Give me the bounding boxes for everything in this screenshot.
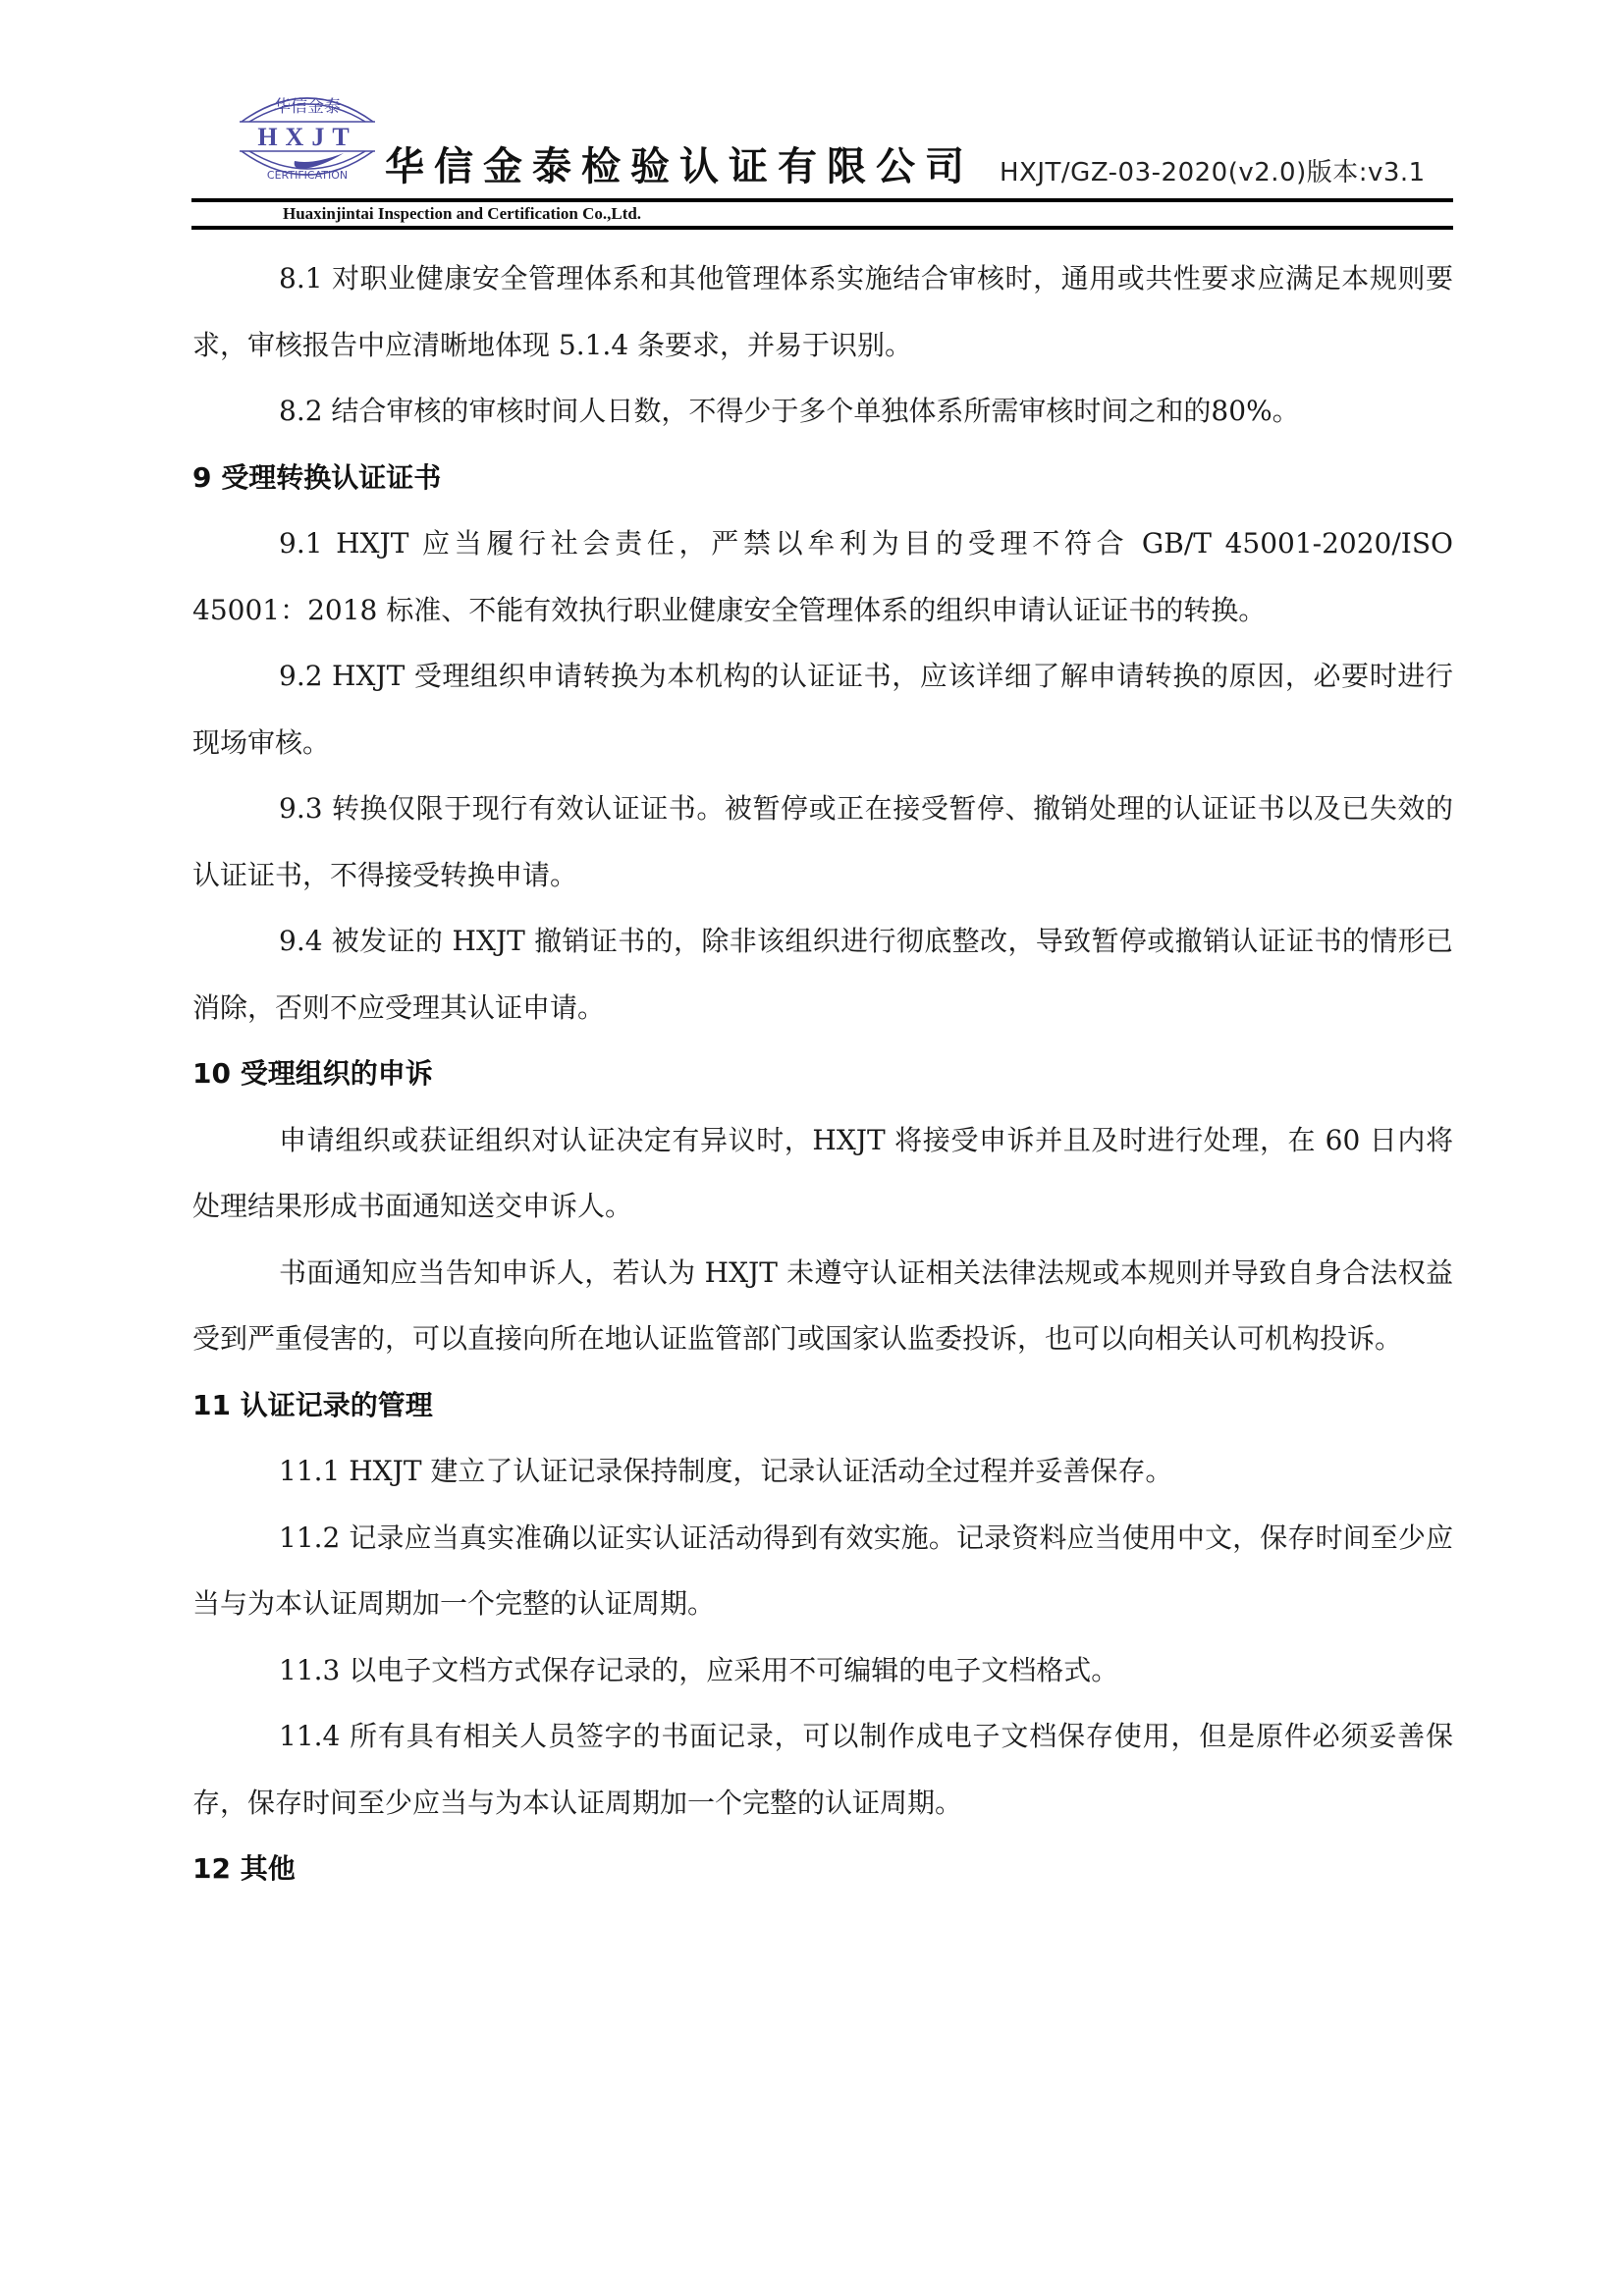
clause-9-2: 9.2 HXJT 受理组织申请转换为本机构的认证证书，应该详细了解申请转换的原因…: [192, 643, 1453, 775]
clause-9-3: 9.3 转换仅限于现行有效认证证书。被暂停或正在接受暂停、撤销处理的认证证书以及…: [192, 775, 1453, 908]
section-heading-11: 11 认证记录的管理: [192, 1372, 1453, 1439]
section-heading-10: 10 受理组织的申诉: [192, 1041, 1453, 1107]
svg-text:华信金泰: 华信金泰: [274, 97, 341, 117]
header-rule-bottom: [191, 226, 1453, 230]
clause-11-1: 11.1 HXJT 建立了认证记录保持制度，记录认证活动全过程并妥善保存。: [192, 1438, 1453, 1505]
clause-10-para-2: 书面通知应当告知申诉人，若认为 HXJT 未遵守认证相关法律法规或本规则并导致自…: [192, 1240, 1453, 1372]
document-body: 8.1 对职业健康安全管理体系和其他管理体系实施结合审核时，通用或共性要求应满足…: [192, 245, 1453, 1902]
section-heading-9: 9 受理转换认证证书: [192, 445, 1453, 511]
company-name-cn: 华信金泰检验认证有限公司: [385, 147, 974, 187]
header-rule-top: [191, 198, 1453, 202]
clause-8-1: 8.1 对职业健康安全管理体系和其他管理体系实施结合审核时，通用或共性要求应满足…: [192, 245, 1453, 378]
clause-8-2: 8.2 结合审核的审核时间人日数，不得少于多个单独体系所需审核时间之和的80%。: [192, 378, 1453, 445]
clause-10-para-1: 申请组织或获证组织对认证决定有异议时，HXJT 将接受申诉并且及时进行处理，在 …: [192, 1107, 1453, 1240]
svg-text:HXJT: HXJT: [257, 123, 356, 151]
company-name-en: Huaxinjintai Inspection and Certificatio…: [283, 205, 641, 222]
clause-9-4: 9.4 被发证的 HXJT 撤销证书的，除非该组织进行彻底整改，导致暂停或撤销认…: [192, 908, 1453, 1041]
page-header: 华信金泰 HXJT CERTIFICATION 华信金泰检验认证有限公司 HXJ…: [0, 0, 1624, 236]
hxjt-logo-icon: 华信金泰 HXJT CERTIFICATION: [234, 82, 381, 188]
clause-11-3: 11.3 以电子文档方式保存记录的，应采用不可编辑的电子文档格式。: [192, 1637, 1453, 1704]
document-code: HXJT/GZ-03-2020(v2.0)版本:v3.1: [1000, 160, 1426, 186]
svg-text:CERTIFICATION: CERTIFICATION: [267, 169, 348, 182]
section-heading-12: 12 其他: [192, 1836, 1453, 1902]
clause-9-1: 9.1 HXJT 应当履行社会责任，严禁以牟利为目的受理不符合 GB/T 450…: [192, 510, 1453, 643]
clause-11-4: 11.4 所有具有相关人员签字的书面记录，可以制作成电子文档保存使用，但是原件必…: [192, 1703, 1453, 1836]
clause-11-2: 11.2 记录应当真实准确以证实认证活动得到有效实施。记录资料应当使用中文，保存…: [192, 1505, 1453, 1637]
